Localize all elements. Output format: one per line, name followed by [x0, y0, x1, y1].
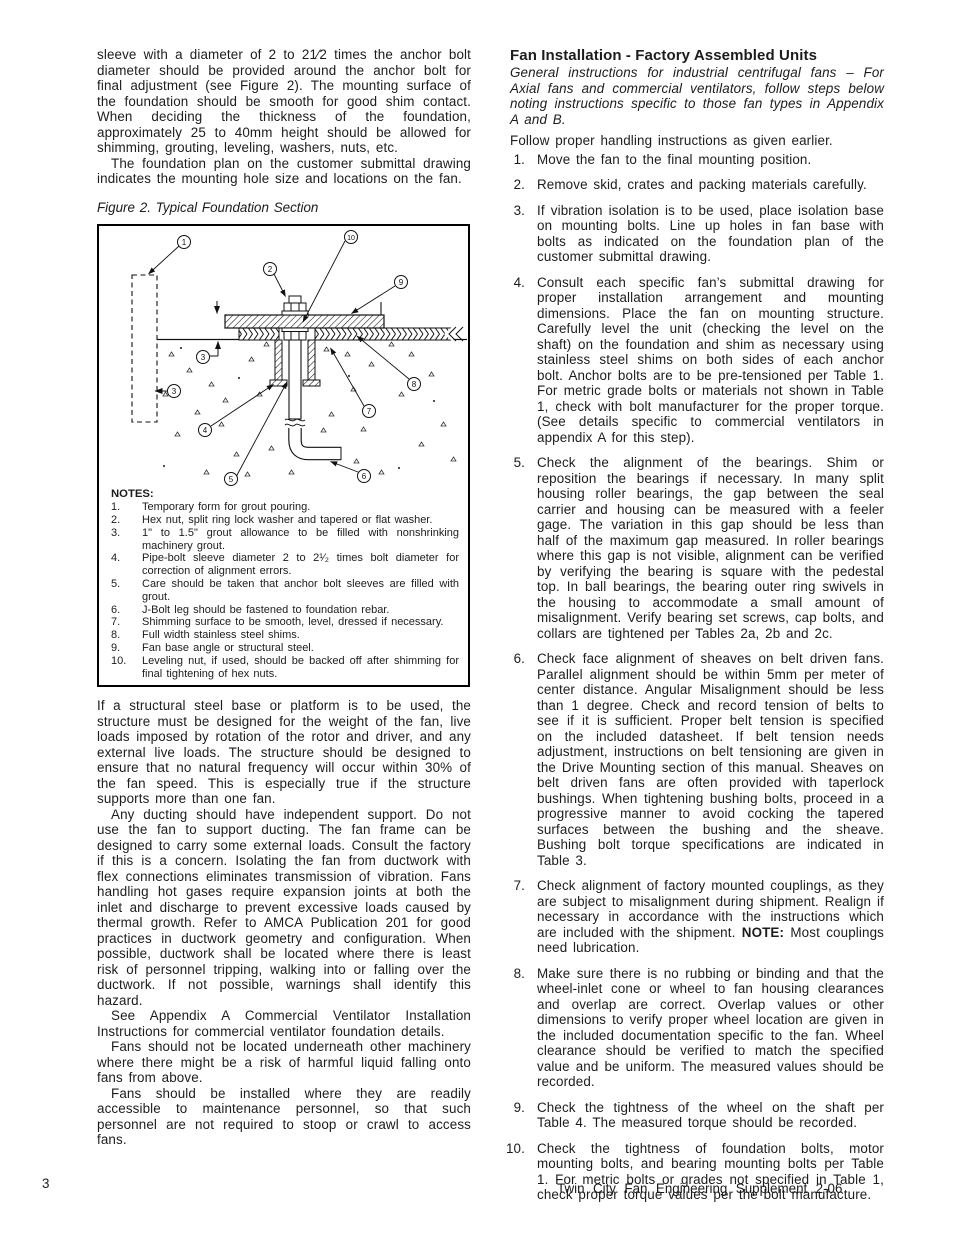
- note-label: NOTE:: [742, 925, 784, 940]
- note-text: Fan base angle or structural steel.: [142, 642, 459, 655]
- step-number: 3.: [498, 203, 525, 265]
- note-row: 3.1" to 1.5" grout allowance to be fille…: [111, 527, 459, 553]
- section-heading: Fan Installation - Factory Assembled Uni…: [510, 47, 884, 64]
- step-number: 6.: [498, 651, 525, 868]
- left-column: sleeve with a diameter of 2 to 21⁄2 time…: [97, 47, 471, 1148]
- note-text: 1" to 1.5" grout allowance to be filled …: [142, 527, 459, 553]
- figure-callout-1: 1: [182, 238, 187, 247]
- hex-nut-assembly: [282, 296, 308, 315]
- figure-callout-2: 2: [268, 265, 273, 274]
- step-text: Check face alignment of sheaves on belt …: [537, 651, 884, 868]
- step-item: 6.Check face alignment of sheaves on bel…: [498, 651, 884, 868]
- figure-callout-5: 5: [229, 475, 234, 484]
- figure-callout-9: 9: [399, 278, 404, 287]
- step-number: 7.: [498, 878, 525, 956]
- note-number: 7.: [111, 616, 142, 629]
- notes-title: NOTES:: [111, 488, 459, 501]
- page: sleeve with a diameter of 2 to 21⁄2 time…: [0, 0, 954, 1235]
- note-row: 6.J-Bolt leg should be fastened to found…: [111, 604, 459, 617]
- step-item: 8.Make sure there is no rubbing or bindi…: [498, 966, 884, 1090]
- note-number: 2.: [111, 514, 142, 527]
- j-bolt-hook: [295, 428, 341, 460]
- note-text: Shimming surface to be smooth, level, dr…: [142, 616, 459, 629]
- step-text: Check the tightness of the wheel on the …: [537, 1100, 884, 1131]
- step-item: 7. Check alignment of factory mounted co…: [498, 878, 884, 956]
- step-number: 1.: [498, 152, 525, 168]
- leveling-nut: [282, 328, 308, 340]
- figure-callout-3: 3: [201, 353, 206, 362]
- note-text: Leveling nut, if used, should be backed …: [142, 655, 459, 681]
- step-text: Check the alignment of the bearings. Shi…: [537, 455, 884, 641]
- note-row: 5.Care should be taken that anchor bolt …: [111, 578, 459, 604]
- step-item: 3.If vibration isolation is to be used, …: [498, 203, 884, 265]
- note-number: 3.: [111, 527, 142, 553]
- figure-notes: NOTES: 1.Temporary form for grout pourin…: [99, 488, 468, 686]
- figure-callout-3b: 3: [172, 387, 177, 396]
- step-text: Consult each specific fan’s submittal dr…: [537, 275, 884, 446]
- note-number: 9.: [111, 642, 142, 655]
- shims: [239, 327, 463, 341]
- note-row: 1.Temporary form for grout pouring.: [111, 501, 459, 514]
- right-column: Fan Installation - Factory Assembled Uni…: [498, 47, 884, 1213]
- note-number: 8.: [111, 629, 142, 642]
- step-item: 5.Check the alignment of the bearings. S…: [498, 455, 884, 641]
- section-subtitle: General instructions for industrial cent…: [510, 65, 884, 127]
- figure-callout-6: 6: [362, 472, 367, 481]
- anchor-bolt-rod: [289, 331, 301, 419]
- step-text: Remove skid, crates and packing material…: [537, 177, 884, 193]
- paragraph: Fans should be installed where they are …: [97, 1086, 471, 1148]
- step-number: 10.: [498, 1141, 525, 1203]
- paragraph: Fans should not be located underneath ot…: [97, 1039, 471, 1086]
- temporary-form: [132, 275, 157, 422]
- note-text: Pipe-bolt sleeve diameter 2 to 2¹⁄₂ time…: [142, 552, 459, 578]
- note-number: 5.: [111, 578, 142, 604]
- figure-caption: Figure 2. Typical Foundation Section: [97, 200, 471, 215]
- note-number: 6.: [111, 604, 142, 617]
- note-text: Full width stainless steel shims.: [142, 629, 459, 642]
- note-number: 4.: [111, 552, 142, 578]
- step-item: 9.Check the tightness of the wheel on th…: [498, 1100, 884, 1131]
- step-item: 2.Remove skid, crates and packing materi…: [498, 177, 884, 193]
- step-item: 1.Move the fan to the final mounting pos…: [498, 152, 884, 168]
- figure-box: 1 10 2 9 3 3 8 7 4: [97, 224, 470, 688]
- note-number: 1.: [111, 501, 142, 514]
- step-number: 5.: [498, 455, 525, 641]
- figure-callout-10: 10: [347, 235, 355, 242]
- step-text: If vibration isolation is to be used, pl…: [537, 203, 884, 265]
- paragraph: See Appendix A Commercial Ventilator Ins…: [97, 1008, 471, 1039]
- step-number: 9.: [498, 1100, 525, 1131]
- foundation-section-drawing: 1 10 2 9 3 3 8 7 4: [99, 226, 468, 488]
- note-number: 10.: [111, 655, 142, 681]
- note-text: Care should be taken that anchor bolt sl…: [142, 578, 459, 604]
- rod-break-mark: [285, 419, 305, 426]
- step-number: 4.: [498, 275, 525, 446]
- note-text: Hex nut, split ring lock washer and tape…: [142, 514, 459, 527]
- paragraph: If a structural steel base or platform i…: [97, 698, 471, 807]
- note-text: J-Bolt leg should be fastened to foundat…: [142, 604, 459, 617]
- note-row: 10.Leveling nut, if used, should be back…: [111, 655, 459, 681]
- paragraph: The foundation plan on the customer subm…: [97, 156, 471, 187]
- paragraph: sleeve with a diameter of 2 to 21⁄2 time…: [97, 47, 471, 156]
- note-row: 2.Hex nut, split ring lock washer and ta…: [111, 514, 459, 527]
- page-number: 3: [42, 1176, 49, 1191]
- step-text: Move the fan to the final mounting posit…: [537, 152, 884, 168]
- note-row: 9.Fan base angle or structural steel.: [111, 642, 459, 655]
- note-row: 8.Full width stainless steel shims.: [111, 629, 459, 642]
- footer-text: Twin City Fan Engineering Supplement 2-0…: [557, 1181, 842, 1196]
- grout-dimension: [155, 301, 218, 391]
- figure-callout-7: 7: [367, 407, 372, 416]
- intro-line: Follow proper handling instructions as g…: [510, 133, 884, 149]
- paragraph: Any ducting should have independent supp…: [97, 807, 471, 1009]
- figure-callout-4: 4: [203, 426, 208, 435]
- note-row: 4.Pipe-bolt sleeve diameter 2 to 2¹⁄₂ ti…: [111, 552, 459, 578]
- note-row: 7.Shimming surface to be smooth, level, …: [111, 616, 459, 629]
- step-number: 2.: [498, 177, 525, 193]
- figure-callout-8: 8: [412, 380, 417, 389]
- step-item: 4.Consult each specific fan’s submittal …: [498, 275, 884, 446]
- note-text: Temporary form for grout pouring.: [142, 501, 459, 514]
- step-text: Make sure there is no rubbing or binding…: [537, 966, 884, 1090]
- step-text: Check alignment of factory mounted coupl…: [537, 878, 884, 956]
- step-number: 8.: [498, 966, 525, 1090]
